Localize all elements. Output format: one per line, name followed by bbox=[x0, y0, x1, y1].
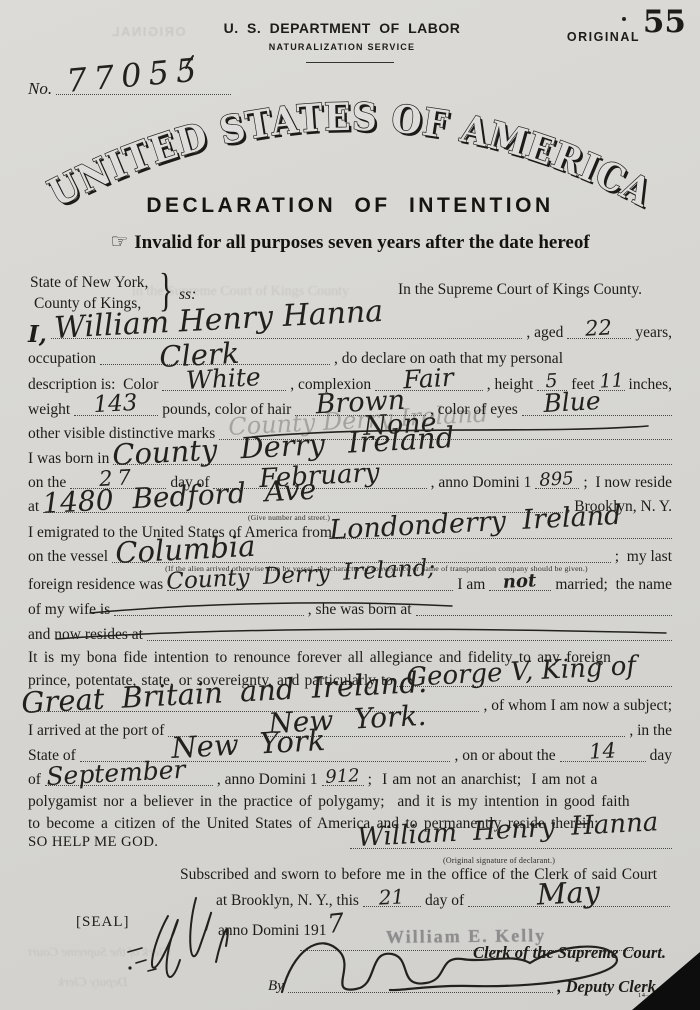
venue-state: State of New York, bbox=[30, 272, 148, 293]
printed-text: SO HELP ME GOD. bbox=[28, 833, 158, 852]
venue-ss: ss: bbox=[179, 286, 196, 304]
color-blank: White bbox=[162, 386, 286, 391]
printed-text: I, bbox=[28, 328, 47, 342]
printed-text: weight bbox=[28, 400, 70, 419]
printed-text: on the vessel bbox=[28, 547, 108, 566]
printed-text: ; I am not an anarchist; I am not a bbox=[368, 770, 598, 789]
printed-text: inches, bbox=[629, 375, 672, 394]
arrival-month-blank: September bbox=[45, 781, 213, 786]
printed-text: and now resides at bbox=[28, 625, 143, 644]
height-inches-blank: 11 bbox=[599, 386, 625, 391]
age-handwriting: 22 bbox=[585, 318, 613, 338]
printed-text: at Brooklyn, N. Y., this bbox=[216, 891, 359, 910]
scan-corner-shadow bbox=[632, 952, 700, 1010]
form-line-arrival-date: of September , anno Domini 1 912 ; I am … bbox=[28, 769, 672, 789]
birthplace-blank: County Derry Ireland bbox=[113, 460, 672, 465]
arrival-year-handwriting: 912 bbox=[325, 768, 360, 786]
department-title: U. S. DEPARTMENT OF LABOR bbox=[0, 20, 684, 36]
ink-dot bbox=[128, 966, 131, 969]
court-name: In the Supreme Court of Kings County. bbox=[398, 281, 642, 299]
form-line-polygamy: polygamist nor a believer in the practic… bbox=[28, 791, 672, 811]
height-inches-handwriting: 11 bbox=[599, 372, 624, 390]
printed-text: anno Domini 191 bbox=[218, 922, 327, 939]
bleedthrough-deputy: Deputy Clerk bbox=[58, 974, 128, 990]
deputy-signature-blank bbox=[288, 988, 554, 993]
age-blank: 22 bbox=[567, 334, 631, 339]
eyes-handwriting: Blue bbox=[543, 390, 601, 415]
weight-handwriting: 143 bbox=[93, 393, 138, 416]
address-instruction-note: (Give number and street.) bbox=[248, 513, 330, 522]
eyes-blank: Blue bbox=[522, 411, 672, 416]
jurat-line3: anno Domini 1917 bbox=[218, 916, 343, 940]
printed-text: I am bbox=[457, 575, 485, 594]
by-label: By bbox=[268, 977, 284, 996]
birth-year-handwriting: 895 bbox=[539, 471, 574, 489]
page-title: DECLARATION OF INTENTION bbox=[0, 194, 700, 218]
service-subtitle: NATURALIZATION SERVICE bbox=[0, 42, 684, 52]
validity-notice: ☞Invalid for all purposes seven years af… bbox=[0, 229, 700, 254]
form-line-name-age: I, William Henry Hanna , aged 22 years, bbox=[28, 322, 672, 342]
form-line-wife-residence: and now resides at bbox=[28, 624, 672, 644]
form-line-port: I arrived at the port of New York. , in … bbox=[28, 720, 672, 740]
weight-blank: 143 bbox=[74, 411, 158, 416]
wife-name-blank bbox=[114, 611, 304, 616]
printed-text: of bbox=[28, 770, 41, 789]
declaration-of-intention-document: ORIGINAL in the Supreme Court of Kings C… bbox=[0, 0, 700, 1010]
birth-year-blank: 895 bbox=[535, 484, 579, 489]
name-blank: William Henry Hanna bbox=[51, 334, 523, 339]
deputy-row: By , Deputy Clerk. bbox=[268, 976, 660, 996]
arrival-year-blank: 912 bbox=[322, 781, 364, 786]
printed-text: I arrived at the port of bbox=[28, 721, 164, 740]
form-line-occupation: occupation Clerk , do declare on oath th… bbox=[28, 348, 672, 368]
jurat-line2: at Brooklyn, N. Y., this 21 day of May bbox=[216, 890, 670, 910]
form-line-residence-marital: foreign residence was County Derry Irela… bbox=[28, 574, 672, 594]
jurat-day-handwriting: 21 bbox=[378, 887, 404, 906]
foreign-residence-blank: County Derry Ireland; bbox=[167, 586, 453, 591]
validity-notice-text: Invalid for all purposes seven years aft… bbox=[134, 232, 589, 253]
printed-text: occupation bbox=[28, 349, 96, 368]
seal-label: [SEAL] bbox=[76, 914, 130, 931]
jurat-month-handwriting: May bbox=[536, 878, 601, 907]
pointing-hand-icon: ☞ bbox=[110, 231, 128, 253]
printed-text: polygamist nor a believer in the practic… bbox=[28, 792, 630, 811]
printed-text: day of bbox=[425, 891, 464, 910]
marital-handwriting: not bbox=[503, 573, 537, 591]
marital-blank: not bbox=[489, 586, 551, 591]
printed-text: , height bbox=[487, 375, 534, 394]
bleedthrough-text: Deputy Clerk bbox=[58, 974, 128, 990]
sovereign-blank: George V, King of bbox=[397, 682, 672, 687]
printed-text: , anno Domini 1 bbox=[217, 770, 318, 789]
wife-residence-blank bbox=[147, 636, 672, 641]
printed-text: day bbox=[650, 746, 672, 765]
printed-text: years, bbox=[635, 323, 672, 342]
signature-blank: William Henry Hanna bbox=[350, 844, 672, 849]
printed-text: foreign residence was bbox=[28, 575, 163, 594]
printed-text: , on or about the bbox=[454, 746, 555, 765]
arrival-day-handwriting: 14 bbox=[588, 741, 616, 761]
jurat-month-blank: May bbox=[468, 902, 670, 907]
bleedthrough-clerk: Clerk of the Supreme Court bbox=[28, 944, 171, 960]
jurat-day-blank: 21 bbox=[363, 902, 421, 907]
printed-text: , in the bbox=[629, 721, 672, 740]
header-rule bbox=[306, 62, 394, 63]
printed-text: , she was born at bbox=[308, 600, 412, 619]
bleedthrough-text: Clerk of the Supreme Court bbox=[28, 944, 171, 960]
complexion-handwriting: Fair bbox=[403, 366, 455, 391]
jurat-year-handwriting: 7 bbox=[326, 912, 345, 937]
printed-text: ; I now reside bbox=[583, 473, 672, 492]
emigrated-from-blank: Londonderry Ireland bbox=[336, 534, 672, 539]
arrival-month-handwriting: September bbox=[46, 758, 186, 788]
vessel-handwriting: Columbia bbox=[115, 533, 256, 566]
color-handwriting: White bbox=[186, 366, 262, 392]
arrival-day-blank: 14 bbox=[560, 757, 646, 762]
printed-text: I was born in bbox=[28, 449, 109, 468]
printed-text: of my wife is bbox=[28, 600, 110, 619]
printed-text: at bbox=[28, 497, 39, 516]
arrival-state-handwriting: New York bbox=[171, 727, 326, 761]
form-line-wife-name: of my wife is , she was born at bbox=[28, 599, 672, 619]
pen-scribble bbox=[190, 898, 211, 956]
printed-text: , aged bbox=[526, 323, 563, 342]
form-line-oath-signature: SO HELP ME GOD. William Henry Hanna bbox=[28, 832, 672, 852]
wife-birthplace-blank bbox=[416, 611, 672, 616]
printed-text: , anno Domini 1 bbox=[431, 473, 532, 492]
printed-text: , of whom I am now a subject; bbox=[483, 696, 672, 715]
printed-text: married; the name bbox=[555, 575, 672, 594]
